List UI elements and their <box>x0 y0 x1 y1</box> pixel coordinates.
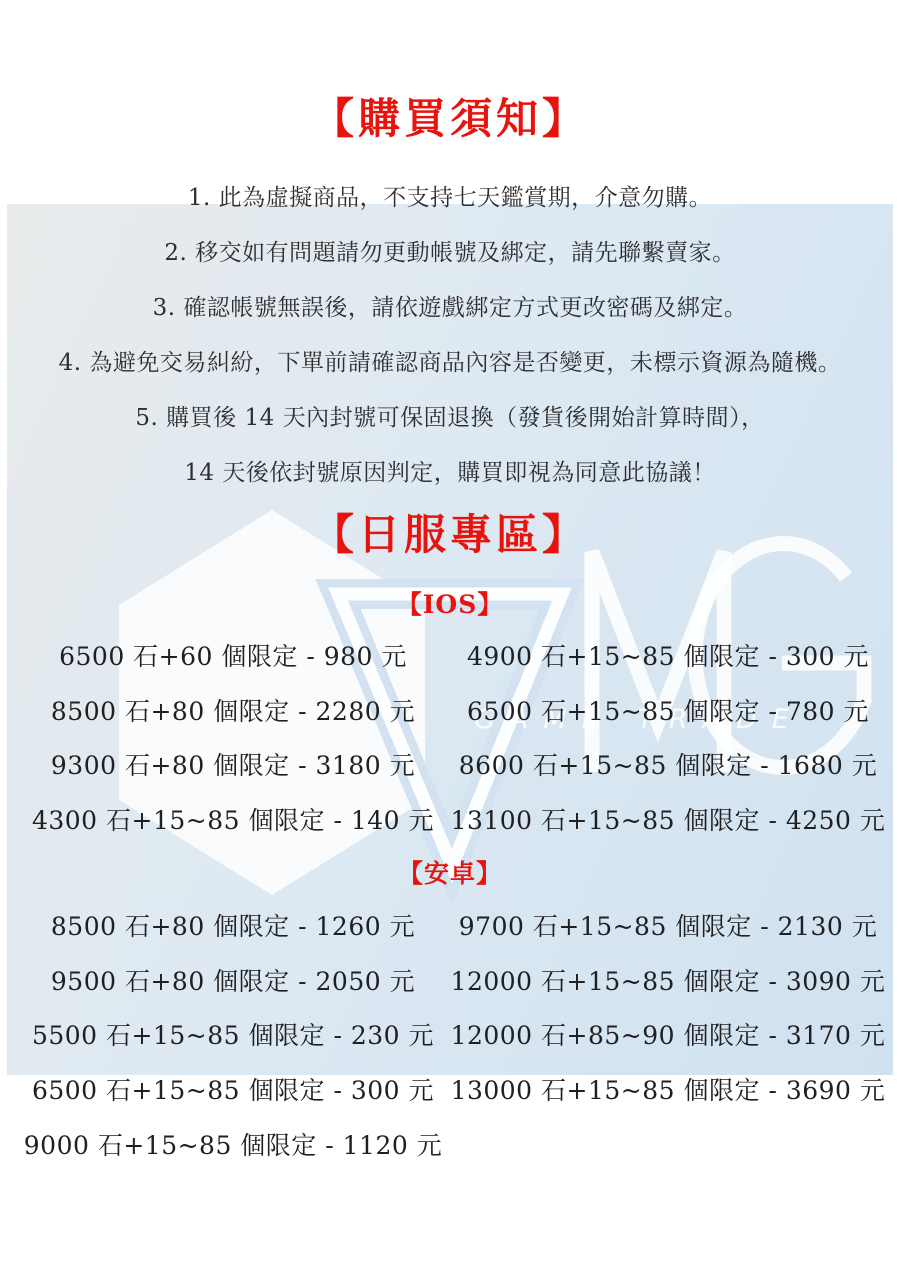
android-product-item: 12000 石+15~85 個限定 - 3090 元 <box>448 953 888 1008</box>
notice-line: 14 天後依封號原因判定，購買即視為同意此協議！ <box>0 443 900 498</box>
notice-list: 1. 此為虛擬商品，不支持七天鑑賞期，介意勿購。2. 移交如有問題請勿更動帳號及… <box>0 168 900 498</box>
android-product-item: 6500 石+15~85 個限定 - 300 元 <box>12 1062 454 1117</box>
ios-product-item: 13100 石+15~85 個限定 - 4250 元 <box>448 792 888 847</box>
notice-line: 1. 此為虛擬商品，不支持七天鑑賞期，介意勿購。 <box>0 168 900 223</box>
poster-page: GAME TRADE MG 【購買須知】 1. 此為虛擬商品，不支持七天鑑賞期，… <box>0 0 900 1273</box>
purchase-notice-title: 【購買須知】 <box>0 86 900 146</box>
notice-line: 3. 確認帳號無誤後，請依遊戲綁定方式更改密碼及綁定。 <box>0 278 900 333</box>
android-product-item: 9500 石+80 個限定 - 2050 元 <box>12 953 454 1008</box>
ios-left-column: 6500 石+60 個限定 - 980 元8500 石+80 個限定 - 228… <box>12 628 454 846</box>
ios-section-header: 【IOS】 <box>0 585 900 621</box>
android-product-item: 9000 石+15~85 個限定 - 1120 元 <box>12 1116 454 1171</box>
android-section-header: 【安卓】 <box>0 854 900 890</box>
notice-line: 4. 為避免交易糾紛，下單前請確認商品內容是否變更，未標示資源為隨機。 <box>0 333 900 388</box>
android-product-item: 9700 石+15~85 個限定 - 2130 元 <box>448 898 888 953</box>
android-left-column: 8500 石+80 個限定 - 1260 元9500 石+80 個限定 - 20… <box>12 898 454 1171</box>
ios-product-item: 6500 石+15~85 個限定 - 780 元 <box>448 683 888 738</box>
ios-product-item: 6500 石+60 個限定 - 980 元 <box>12 628 454 683</box>
ios-product-item: 9300 石+80 個限定 - 3180 元 <box>12 737 454 792</box>
android-product-item: 13000 石+15~85 個限定 - 3690 元 <box>448 1062 888 1117</box>
android-right-column: 9700 石+15~85 個限定 - 2130 元12000 石+15~85 個… <box>448 898 888 1116</box>
jp-server-section-title: 【日服專區】 <box>0 502 900 562</box>
ios-product-item: 4300 石+15~85 個限定 - 140 元 <box>12 792 454 847</box>
android-product-item: 5500 石+15~85 個限定 - 230 元 <box>12 1007 454 1062</box>
watermark-logo-text: MG <box>0 0 1 1</box>
android-product-item: 12000 石+85~90 個限定 - 3170 元 <box>448 1007 888 1062</box>
ios-product-item: 4900 石+15~85 個限定 - 300 元 <box>448 628 888 683</box>
notice-line: 2. 移交如有問題請勿更動帳號及綁定，請先聯繫賣家。 <box>0 223 900 278</box>
notice-line: 5. 購買後 14 天內封號可保固退換（發貨後開始計算時間）， <box>0 388 900 443</box>
ios-right-column: 4900 石+15~85 個限定 - 300 元6500 石+15~85 個限定… <box>448 628 888 846</box>
ios-product-item: 8600 石+15~85 個限定 - 1680 元 <box>448 737 888 792</box>
ios-product-item: 8500 石+80 個限定 - 2280 元 <box>12 683 454 738</box>
android-product-item: 8500 石+80 個限定 - 1260 元 <box>12 898 454 953</box>
